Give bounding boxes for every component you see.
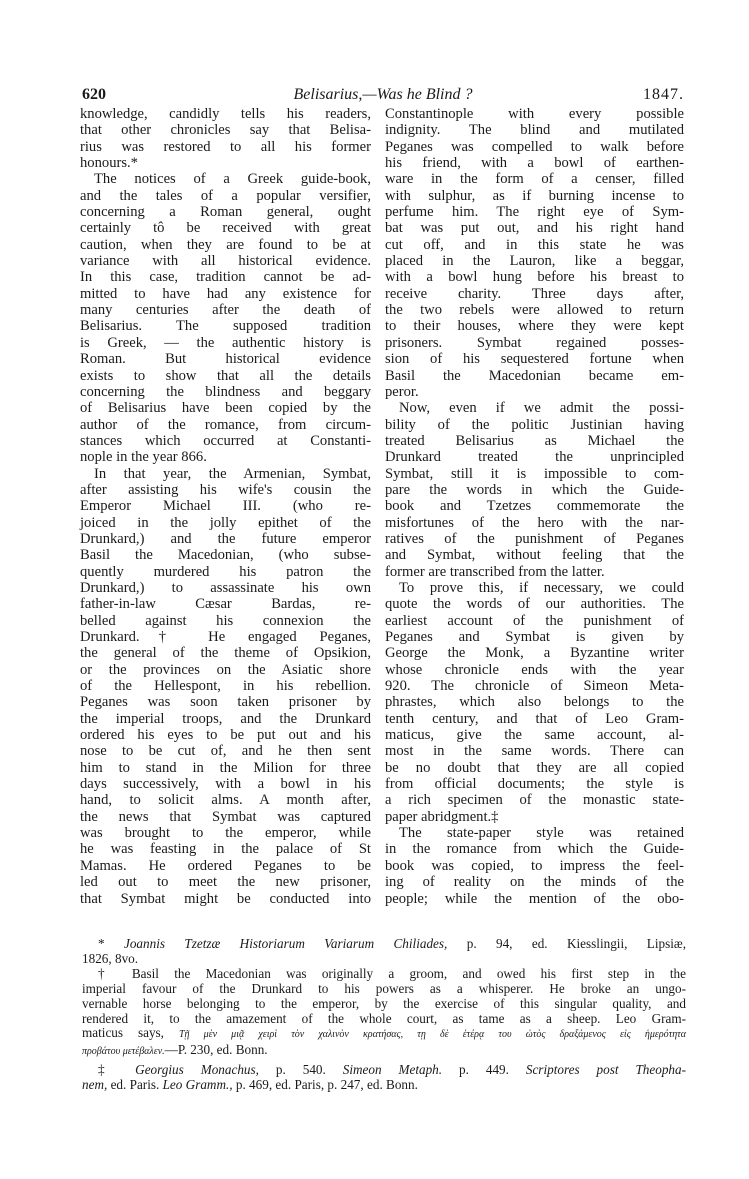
text-line: maticus, give the same account, al-	[385, 727, 684, 743]
text-line: father-in-law Cæsar Bardas, re-	[80, 596, 371, 612]
text-line: with a bowl hung before his breast to	[385, 269, 684, 285]
book-page: 620 Belisarius,—Was he Blind ? 1847. kno…	[0, 0, 749, 1179]
text-line: from official documents; the style is	[385, 776, 684, 792]
text-line: sion of his sequestered fortune when	[385, 351, 684, 367]
text-line: with sulphur, as if burning incense to	[385, 188, 684, 204]
text-line: variance with all historical evidence.	[80, 253, 371, 269]
text-line: he was feasting in the palace of St	[80, 841, 371, 857]
text-line: To prove this, if necessary, we could	[385, 580, 684, 596]
text-line: Peganes was soon taken prisoner by	[80, 694, 371, 710]
text-line: Peganes and Symbat is given by	[385, 629, 684, 645]
text-line: indignity. The blind and mutilated	[385, 122, 684, 138]
text-line: Now, even if we admit the possi-	[385, 400, 684, 416]
text-line: 920. The chronicle of Simeon Meta-	[385, 678, 684, 694]
text-line: quote the words of our authorities. The	[385, 596, 684, 612]
text-line: concerning the blindness and beggary	[80, 384, 371, 400]
text-line: In that year, the Armenian, Symbat,	[80, 466, 371, 482]
text-line: of the Hellespont, in his rebellion.	[80, 678, 371, 694]
text-line: the general of the theme of Opsikion,	[80, 645, 371, 661]
text-line: many centuries after the death of	[80, 302, 371, 318]
text-line: the news that Symbat was captured	[80, 809, 371, 825]
text-line: Emperor Michael III. (who re-	[80, 498, 371, 514]
text-line: was brought to the emperor, while	[80, 825, 371, 841]
text-line: bility of the politic Justinian having	[385, 417, 684, 433]
running-header: 620 Belisarius,—Was he Blind ? 1847.	[82, 86, 684, 106]
text-line: and the tales of a popular versifier,	[80, 188, 371, 204]
text-line: nople in the year 866.	[80, 449, 371, 465]
text-line: to their houses, where they were kept	[385, 318, 684, 334]
text-line: his friend, with a bowl of earthen-	[385, 155, 684, 171]
text-line: book and Tzetzes commemorate the	[385, 498, 684, 514]
text-line: tenth century, and that of Leo Gram-	[385, 711, 684, 727]
text-line: Mamas. He ordered Peganes to be	[80, 858, 371, 874]
text-line: ordered his eyes to be put out and his	[80, 727, 371, 743]
text-line: knowledge, candidly tells his readers,	[80, 106, 371, 122]
text-line: honours.*	[80, 155, 371, 171]
text-line: Drunkard treated the unprincipled	[385, 449, 684, 465]
text-line: Drunkard,) to assassinate his own	[80, 580, 371, 596]
text-line: belled against his connexion the	[80, 613, 371, 629]
footnote-2-line-2: imperial favour of the Drunkard to his p…	[82, 982, 686, 997]
text-line: phrastes, which also belongs to the	[385, 694, 684, 710]
text-line: him to stand in the Milion for three	[80, 760, 371, 776]
footnote-1-line-1: * Joannis Tzetzæ Historiarum Variarum Ch…	[82, 937, 686, 952]
text-line: certainly tô be received with great	[80, 220, 371, 236]
text-line: Symbat, still it is impossible to com-	[385, 466, 684, 482]
greek-quote: Τῇ μὲν μιᾷ χειρὶ τὸν χαλινὸν κρατήσας, τ…	[179, 1029, 686, 1040]
text-line: In this case, tradition cannot be ad-	[80, 269, 371, 285]
footnote-2-line-3: vernable horse belonging to the emperor,…	[82, 997, 686, 1012]
text-line: whose chronicle ends with the year	[385, 662, 684, 678]
text-line: led out to meet the new prisoner,	[80, 874, 371, 890]
text-line: cut off, and in this state he was	[385, 237, 684, 253]
text-line: or the provinces on the Asiatic shore	[80, 662, 371, 678]
footnote-2-line-1: † Basil the Macedonian was originally a …	[82, 967, 686, 982]
text-line: misfortunes of the hero with the nar-	[385, 515, 684, 531]
running-title: Belisarius,—Was he Blind ?	[82, 86, 684, 104]
text-line: after assisting his wife's cousin the	[80, 482, 371, 498]
text-line: days successively, with a bowl in his	[80, 776, 371, 792]
text-line: Drunkard.† He engaged Peganes,	[80, 629, 371, 645]
text-line: The notices of a Greek guide-book,	[80, 171, 371, 187]
footnote-1-line-2: 1826, 8vo.	[82, 952, 686, 967]
text-line: peror.	[385, 384, 684, 400]
text-line: that Symbat might be conducted into	[80, 891, 371, 907]
text-line: joiced in the jolly epithet of the	[80, 515, 371, 531]
text-line: is Greek, — the authentic history is	[80, 335, 371, 351]
text-line: receive charity. Three days after,	[385, 286, 684, 302]
footnote-2-line-4: rendered it, to the amazement of the who…	[82, 1012, 686, 1027]
text-line: Peganes was compelled to walk before	[385, 139, 684, 155]
text-line: of Belisarius have been copied by the	[80, 400, 371, 416]
text-line: bat was put out, and his right hand	[385, 220, 684, 236]
text-line: Basil the Macedonian became em-	[385, 368, 684, 384]
text-line: ratives of the punishment of Peganes	[385, 531, 684, 547]
text-line: Roman. But historical evidence	[80, 351, 371, 367]
text-line: rius was restored to all his former	[80, 139, 371, 155]
footnote-2-line-5: maticus says, Τῇ μὲν μιᾷ χειρὶ τὸν χαλιν…	[82, 1026, 686, 1043]
text-line: earliest account of the punishment of	[385, 613, 684, 629]
text-line: quently murdered his patron the	[80, 564, 371, 580]
footnotes: * Joannis Tzetzæ Historiarum Variarum Ch…	[82, 937, 686, 1093]
text-line: nose to be cut of, and he then sent	[80, 743, 371, 759]
footnote-3-line-1: ‡ Georgius Monachus, p. 540. Simeon Meta…	[82, 1063, 686, 1078]
text-line: and Symbat, without feeling that the	[385, 547, 684, 563]
text-line: in the romance from which the Guide-	[385, 841, 684, 857]
text-line: concerning a Roman general, ought	[80, 204, 371, 220]
text-line: hand, to solicit alms. A month after,	[80, 792, 371, 808]
text-line: Constantinople with every possible	[385, 106, 684, 122]
text-line: treated Belisarius as Michael the	[385, 433, 684, 449]
text-line: paper abridgment.‡	[385, 809, 684, 825]
text-line: perfume him. The right eye of Sym-	[385, 204, 684, 220]
right-text-column: Constantinople with every possibleindign…	[385, 106, 684, 907]
text-line: author of the romance, from circum-	[80, 417, 371, 433]
text-line: prisoners. Symbat regained posses-	[385, 335, 684, 351]
text-line: mitted to have had any existence for	[80, 286, 371, 302]
text-line: Drunkard,) and the future emperor	[80, 531, 371, 547]
text-line: caution, when they are found to be at	[80, 237, 371, 253]
text-line: the imperial troops, and the Drunkard	[80, 711, 371, 727]
text-line: ware in the form of a censer, filled	[385, 171, 684, 187]
text-line: placed in the Lauron, like a beggar,	[385, 253, 684, 269]
text-line: Belisarius. The supposed tradition	[80, 318, 371, 334]
text-line: George the Monk, a Byzantine writer	[385, 645, 684, 661]
text-line: former are transcribed from the latter.	[385, 564, 684, 580]
text-line: a rich specimen of the monastic state-	[385, 792, 684, 808]
text-line: pare the words in which the Guide-	[385, 482, 684, 498]
footnote-2-line-6: προβάτου μετέβαλεν.—P. 230, ed. Bonn.	[82, 1043, 686, 1060]
text-line: be no doubt that they are all copied	[385, 760, 684, 776]
text-line: people; while the mention of the obo-	[385, 891, 684, 907]
text-line: ing of reality on the minds of the	[385, 874, 684, 890]
text-line: book was copied, to impress the feel-	[385, 858, 684, 874]
footnote-3-line-2: nem, ed. Paris. Leo Gramm., p. 469, ed. …	[82, 1078, 686, 1093]
text-line: the two rebels were allowed to return	[385, 302, 684, 318]
header-year: 1847.	[643, 86, 684, 104]
text-line: exists to show that all the details	[80, 368, 371, 384]
text-line: Basil the Macedonian, (who subse-	[80, 547, 371, 563]
text-line: The state-paper style was retained	[385, 825, 684, 841]
text-line: stances which occurred at Constanti-	[80, 433, 371, 449]
text-line: that other chronicles say that Belisa-	[80, 122, 371, 138]
text-line: most in the same words. There can	[385, 743, 684, 759]
left-text-column: knowledge, candidly tells his readers,th…	[80, 106, 371, 907]
